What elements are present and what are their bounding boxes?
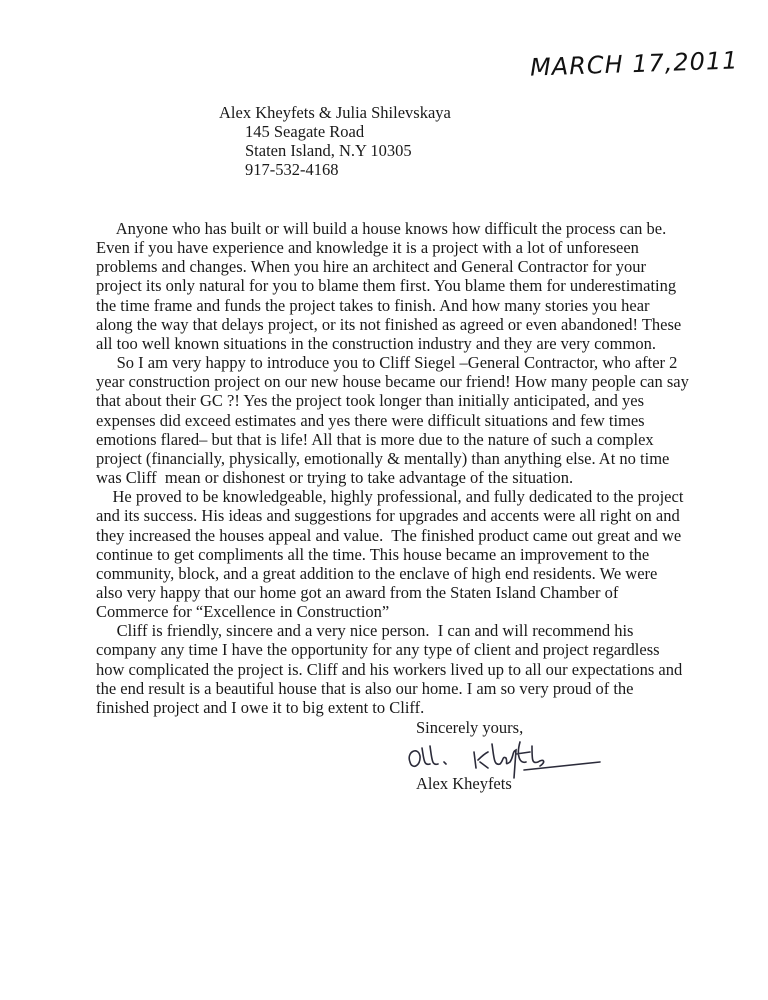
- body-line: that about their GC ?! Yes the project t…: [96, 391, 696, 410]
- body-line: was Cliff mean or dishonest or trying to…: [96, 468, 696, 487]
- body-line: finished project and I owe it to big ext…: [96, 698, 696, 717]
- body-line: Commerce for “Excellence in Construction…: [96, 602, 696, 621]
- body-line: the time frame and funds the project tak…: [96, 296, 696, 315]
- body-line: community, block, and a great addition t…: [96, 564, 696, 583]
- sender-phone: 917-532-4168: [219, 160, 451, 179]
- body-line: company any time I have the opportunity …: [96, 640, 696, 659]
- body-line: problems and changes. When you hire an a…: [96, 257, 696, 276]
- signer-name: Alex Kheyfets: [416, 774, 512, 794]
- body-line: continue to get compliments all the time…: [96, 545, 696, 564]
- body-line: project (financially, physically, emotio…: [96, 449, 696, 468]
- body-line: year construction project on our new hou…: [96, 372, 696, 391]
- handwritten-date: MARCH 17,2011: [530, 46, 739, 81]
- body-line: project its only natural for you to blam…: [96, 276, 696, 295]
- sender-block: Alex Kheyfets & Julia Shilevskaya 145 Se…: [219, 103, 451, 179]
- body-line: Anyone who has built or will build a hou…: [96, 219, 696, 238]
- body-line: they increased the houses appeal and val…: [96, 526, 696, 545]
- body-line: Cliff is friendly, sincere and a very ni…: [96, 621, 696, 640]
- body-line: expenses did exceed estimates and yes th…: [96, 411, 696, 430]
- body-line: how complicated the project is. Cliff an…: [96, 660, 696, 679]
- body-line: So I am very happy to introduce you to C…: [96, 353, 696, 372]
- sender-street: 145 Seagate Road: [219, 122, 451, 141]
- body-line: He proved to be knowledgeable, highly pr…: [96, 487, 696, 506]
- body-line: along the way that delays project, or it…: [96, 315, 696, 334]
- body-line: all too well known situations in the con…: [96, 334, 696, 353]
- body-line: the end result is a beautiful house that…: [96, 679, 696, 698]
- body-line: Even if you have experience and knowledg…: [96, 238, 696, 257]
- body-line: and its success. His ideas and suggestio…: [96, 506, 696, 525]
- sender-city: Staten Island, N.Y 10305: [219, 141, 451, 160]
- body-line: emotions flared– but that is life! All t…: [96, 430, 696, 449]
- sender-names: Alex Kheyfets & Julia Shilevskaya: [219, 103, 451, 122]
- letter-body: Anyone who has built or will build a hou…: [96, 219, 696, 717]
- body-line: also very happy that our home got an awa…: [96, 583, 696, 602]
